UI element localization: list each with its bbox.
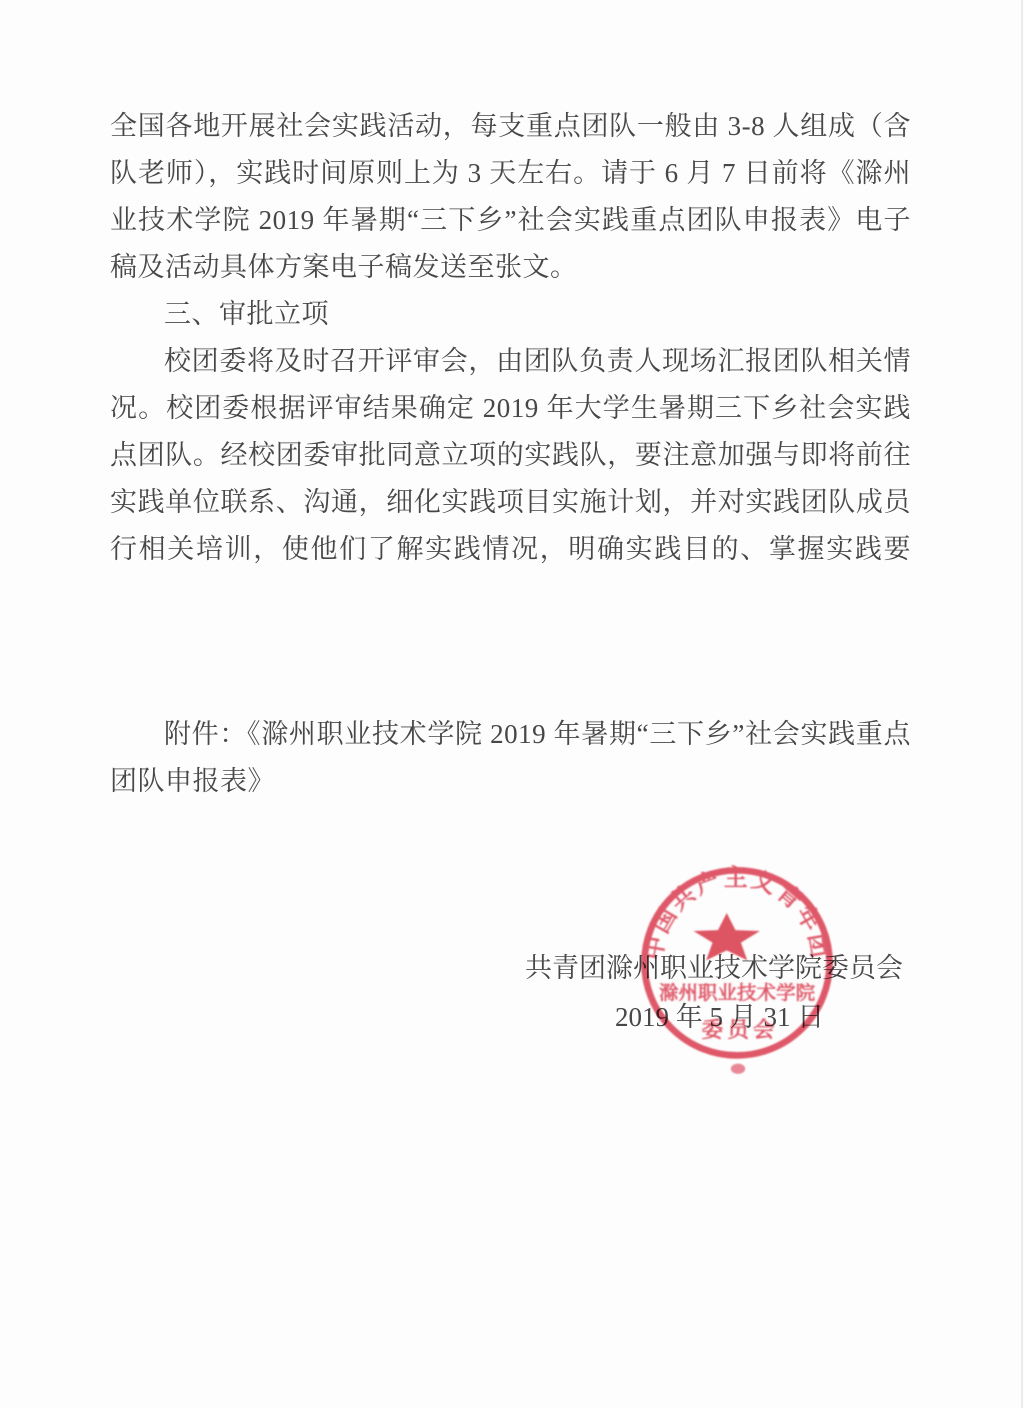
- text-line: 校团委将及时召开评审会，由团队负责人现场汇报团队相关情: [110, 338, 911, 385]
- text-line: 点团队。经校团委审批同意立项的实践队，要注意加强与即将前往的: [110, 432, 911, 479]
- seal-school-name: 滁州职业技术学院: [659, 981, 815, 1004]
- text-line: 况。校团委根据评审结果确定 2019 年大学生暑期三下乡社会实践重: [110, 385, 911, 432]
- official-seal: 中国共产主义青年团 滁州职业技术学院 委员会: [634, 860, 840, 1078]
- attachment-line: 附件：《滁州职业技术学院 2019 年暑期“三下乡”社会实践重点: [110, 711, 911, 758]
- document-page: 全国各地开展社会实践活动，每支重点团队一般由 3-8 人组成（含带 队老师），实…: [0, 0, 1024, 1408]
- attachment-block: 附件：《滁州职业技术学院 2019 年暑期“三下乡”社会实践重点 团队申报表》: [110, 711, 911, 805]
- section-heading: 三、审批立项: [110, 291, 911, 338]
- scan-edge-artifact: [1021, 0, 1023, 1408]
- text-line: 实践单位联系、沟通，细化实践项目实施计划，并对实践团队成员进: [110, 479, 911, 526]
- text-line: 队老师），实践时间原则上为 3 天左右。请于 6 月 7 日前将《滁州职: [110, 150, 911, 197]
- text-line: 全国各地开展社会实践活动，每支重点团队一般由 3-8 人组成（含带: [110, 103, 911, 150]
- attachment-line: 团队申报表》: [110, 758, 911, 805]
- text-line: 业技术学院 2019 年暑期“三下乡”社会实践重点团队申报表》电子: [110, 197, 911, 244]
- text-line: 稿及活动具体方案电子稿发送至张文。: [110, 244, 911, 291]
- seal-ink-smudge: [731, 1064, 745, 1074]
- body-text-block: 全国各地开展社会实践活动，每支重点团队一般由 3-8 人组成（含带 队老师），实…: [110, 103, 911, 573]
- star-icon: [694, 913, 760, 960]
- text-line: 行相关培训，使他们了解实践情况，明确实践目的、掌握实践要求。: [110, 526, 911, 573]
- seal-committee-label: 委员会: [702, 1017, 779, 1042]
